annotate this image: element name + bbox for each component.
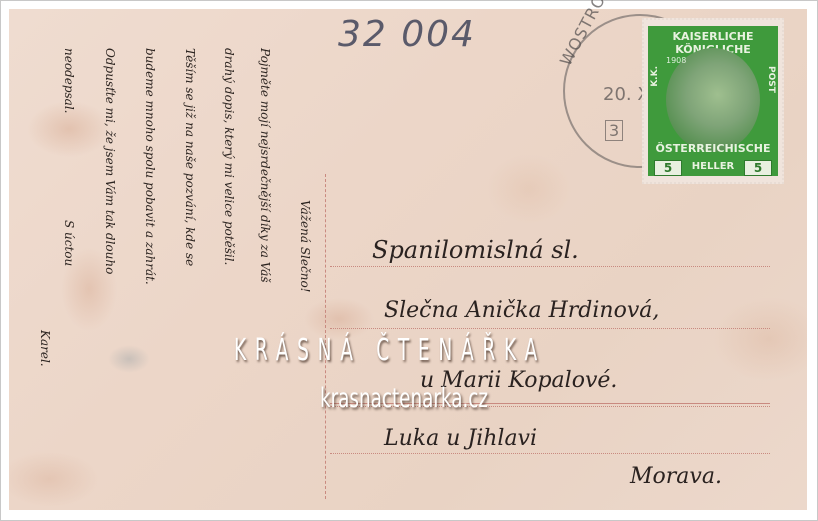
watermark-url: krasnactenarka.cz (320, 383, 488, 414)
message-line-4: budeme mnoho spolu pobavit a zahrát. (143, 48, 157, 285)
stamp-bottom-text: ÖSTERREICHISCHE (648, 142, 778, 155)
message-signature: Karel. (38, 330, 52, 367)
stamp-value-left: 5 (654, 160, 682, 176)
stamp-right-text: POST (766, 66, 776, 93)
stamp-year: 1908 (666, 56, 686, 65)
message-salutation: Vážená Slečno! (298, 200, 312, 293)
stamp-field: KAISERLICHE KÖNIGLICHE K.K. POST 1908 ÖS… (648, 26, 778, 176)
stamp-value-right: 5 (744, 160, 772, 176)
address-line-4: Lukа u Jihlavi (384, 426, 537, 451)
message-line-1: Pojměte mojí nejsrdečnější díky za Váš (258, 48, 272, 283)
message-line-6: neodepsal. (62, 48, 76, 113)
address-line-5: Morava. (630, 464, 722, 489)
postmark-hour: 3 (605, 120, 623, 141)
watermark-title: KRÁSNÁ ČTENÁŘKA (234, 333, 546, 368)
message-line-7: S úctou (62, 220, 76, 266)
address-line-1: Spanilomislná sl. (372, 236, 579, 264)
address-rule-2 (330, 328, 770, 329)
message-line-3: Těším se již na naše pozvání, kde se (183, 48, 197, 266)
address-rule-4 (330, 453, 770, 454)
postage-stamp: KAISERLICHE KÖNIGLICHE K.K. POST 1908 ÖS… (642, 18, 784, 184)
archive-number: 32 004 (338, 14, 476, 55)
message-line-2: drahý dopis, který mi velice potěšil. (222, 48, 236, 265)
message-line-5: Odpusťte mi, že jsem Vám tak dlouho (103, 48, 117, 274)
stamp-denomination: HELLER (686, 160, 740, 174)
address-rule-1 (330, 266, 770, 267)
address-line-2: Slečna Anička Hrdinová, (384, 298, 659, 323)
stamp-left-text: K.K. (650, 66, 660, 87)
